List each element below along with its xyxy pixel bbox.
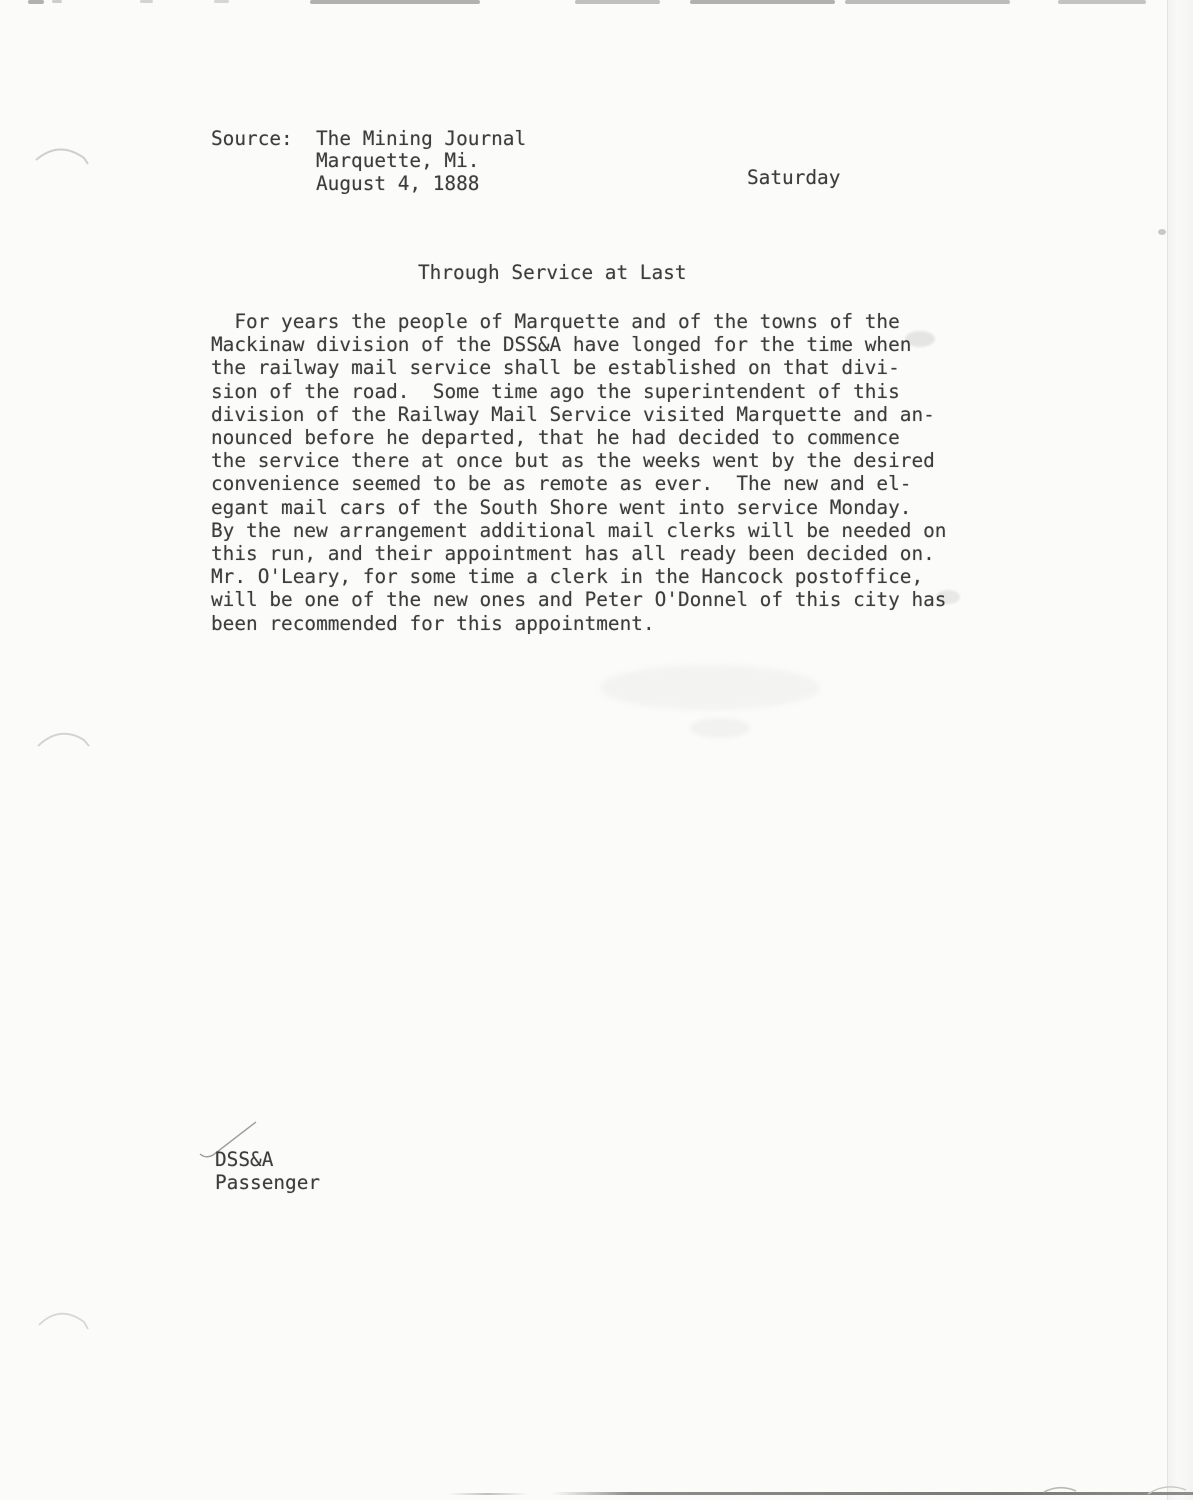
ink-smudge [690, 718, 750, 738]
source-publication: The Mining Journal [316, 128, 526, 151]
source-weekday: Saturday [747, 167, 840, 190]
scanner-edge-artifact [1058, 0, 1146, 4]
scanner-edge-artifact [310, 0, 480, 4]
scanner-edge-artifact [28, 0, 44, 4]
scanner-edge-artifact [214, 0, 229, 3]
ink-smudge [600, 665, 820, 710]
page-corner-curl [1040, 1478, 1190, 1498]
scanner-bottom-edge-fragment [448, 1493, 528, 1495]
scanner-edge-artifact [575, 0, 660, 4]
article-body: For years the people of Marquette and of… [211, 310, 946, 635]
scanner-edge-artifact [140, 0, 153, 3]
scan-fleck [1158, 229, 1166, 235]
scanner-edge-artifact [845, 0, 1010, 4]
source-date: August 4, 1888 [316, 173, 479, 196]
scanner-edge-artifact [52, 0, 62, 3]
footer-category: Passenger [215, 1171, 320, 1194]
punch-hole-arc [30, 134, 100, 174]
source-label: Source: [211, 128, 293, 151]
footer-org: DSS&A [215, 1148, 273, 1171]
punch-hole-arc [32, 718, 102, 758]
paper-right-edge-shadow [1167, 0, 1193, 1500]
scanner-edge-artifact [690, 0, 835, 4]
article-title: Through Service at Last [418, 261, 687, 284]
source-location: Marquette, Mi. [316, 150, 479, 173]
punch-hole-arc [34, 1298, 104, 1338]
scanned-document-page: Source: The Mining Journal Marquette, Mi… [0, 0, 1193, 1500]
